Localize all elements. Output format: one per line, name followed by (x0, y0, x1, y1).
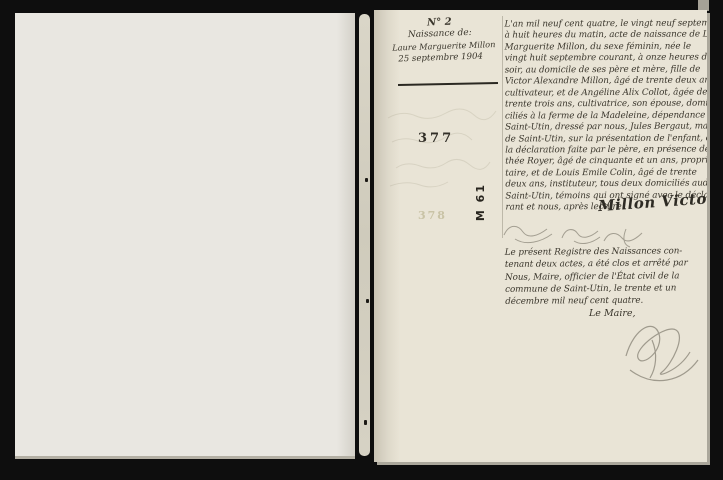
closing-statement: Le présent Registre des Naissances con- … (505, 245, 706, 308)
act-line: à huit heures du matin, acte de naissanc… (505, 30, 707, 43)
left-blank-page (15, 13, 355, 456)
page-number-stamp: 377 (418, 131, 454, 146)
act-line: Victor Alexandre Millon, âgé de trente d… (505, 76, 707, 89)
book-spine (359, 14, 370, 456)
act-date: 25 septembre 1904 (392, 51, 488, 64)
birth-act-text: L'an mil neuf cent quatre, le vingt neuf… (504, 18, 707, 214)
margin-rule-line (502, 16, 503, 238)
closing-line: décembre mil neuf cent quatre. (505, 294, 705, 308)
act-line: trente trois ans, cultivatrice, son épou… (505, 99, 707, 112)
person-name: Laure Marguerite Millon (392, 39, 488, 52)
ink-bleedthrough-marks (382, 96, 500, 196)
spine-speck (364, 420, 367, 425)
mayor-signature (612, 310, 704, 388)
bleedthrough-page-number: 378 (418, 209, 447, 222)
act-type-label: Naissance de: (392, 27, 488, 40)
margin-note: N° 2 Naissance de: Laure Marguerite Mill… (391, 15, 489, 64)
closing-line: commune de Saint-Utin, le trente et un (505, 282, 705, 296)
spine-speck (365, 178, 368, 182)
register-scan: N° 2 Naissance de: Laure Marguerite Mill… (0, 0, 723, 480)
margin-note-underline (398, 82, 498, 86)
act-line: Saint-Utin, dressé par nous, Jules Berga… (505, 122, 707, 135)
act-line: deux ans, instituteur, tous deux domicil… (505, 179, 707, 192)
right-act-page: N° 2 Naissance de: Laure Marguerite Mill… (374, 10, 707, 462)
spine-speck (366, 299, 369, 303)
right-page-gutter-shadow (374, 10, 400, 462)
closing-line: tenant deux actes, a été clos et arrêté … (505, 257, 705, 271)
archive-mark-vertical: M 61 (474, 183, 487, 221)
act-line: vingt huit septembre courant, à onze heu… (505, 53, 707, 66)
act-line: thée Royer, âgé de cinquante et un ans, … (505, 156, 707, 169)
left-page-gutter-shadow (337, 13, 355, 456)
